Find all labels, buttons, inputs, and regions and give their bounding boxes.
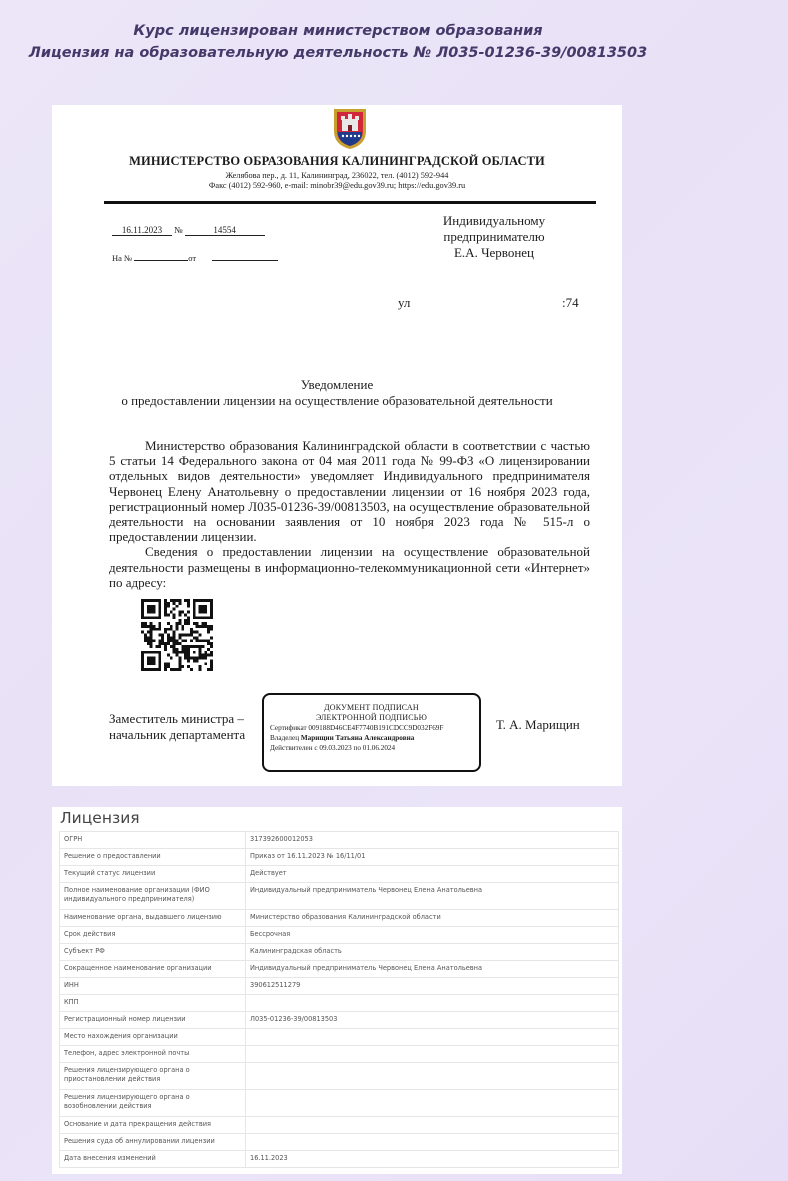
table-row: Наименование органа, выдавшего лицензиюМ… (60, 910, 619, 927)
address-fragment: :74 (562, 295, 579, 311)
table-row: Полное наименование организации (ФИО инд… (60, 883, 619, 910)
table-row: Основание и дата прекращения действия (60, 1117, 619, 1134)
license-register-card: Лицензия ОГРН317392600012053Решение о пр… (52, 807, 622, 1174)
field-value (246, 1090, 619, 1117)
table-row: Телефон, адрес электронной почты (60, 1046, 619, 1063)
signer-name: Т. А. Марищин (496, 717, 580, 733)
license-notice-document: МИНИСТЕРСТВО ОБРАЗОВАНИЯ КАЛИНИНГРАДСКОЙ… (52, 105, 622, 786)
table-row: Решения лицензирующего органа о приостан… (60, 1063, 619, 1090)
license-title: Лицензия (60, 809, 140, 827)
field-label: Срок действия (60, 927, 246, 944)
field-label: Решения суда об аннулировании лицензии (60, 1134, 246, 1151)
field-label: Телефон, адрес электронной почты (60, 1046, 246, 1063)
field-label: Решения лицензирующего органа о возобнов… (60, 1090, 246, 1117)
table-row: Дата внесения изменений16.11.2023 (60, 1151, 619, 1168)
field-value (246, 1117, 619, 1134)
field-label: Наименование органа, выдавшего лицензию (60, 910, 246, 927)
field-label: КПП (60, 995, 246, 1012)
field-label: ИНН (60, 978, 246, 995)
registration-line: 16.11.2023№14554 (112, 225, 265, 236)
field-value: Действует (246, 866, 619, 883)
table-row: Место нахождения организации (60, 1029, 619, 1046)
table-row: Регистрационный номер лицензииЛ035-01236… (60, 1012, 619, 1029)
signer-position: Заместитель министра – начальник департа… (109, 711, 245, 743)
header-divider (104, 201, 596, 204)
field-label: Регистрационный номер лицензии (60, 1012, 246, 1029)
field-label: Субъект РФ (60, 944, 246, 961)
field-label: ОГРН (60, 832, 246, 849)
field-value: Приказ от 16.11.2023 № 16/11/01 (246, 849, 619, 866)
table-row: Срок действияБессрочная (60, 927, 619, 944)
electronic-signature-stamp: ДОКУМЕНТ ПОДПИСАН ЭЛЕКТРОННОЙ ПОДПИСЬЮ С… (262, 693, 481, 772)
field-label: Сокращенное наименование организации (60, 961, 246, 978)
field-value: Л035-01236-39/00813503 (246, 1012, 619, 1029)
notice-paragraph: Министерство образования Калининградской… (109, 438, 590, 544)
table-row: Решения лицензирующего органа о возобнов… (60, 1090, 619, 1117)
table-row: Сокращенное наименование организацииИнди… (60, 961, 619, 978)
heading-line-1: Курс лицензирован министерством образова… (0, 20, 676, 42)
kaliningrad-coat-of-arms-icon (330, 105, 370, 151)
table-row: Решения суда об аннулировании лицензии (60, 1134, 619, 1151)
field-value: Калининградская область (246, 944, 619, 961)
table-row: Текущий статус лицензииДействует (60, 866, 619, 883)
field-value: Индивидуальный предприниматель Червонец … (246, 883, 619, 910)
field-label: Дата внесения изменений (60, 1151, 246, 1168)
field-label: Полное наименование организации (ФИО инд… (60, 883, 246, 910)
ministry-name: МИНИСТЕРСТВО ОБРАЗОВАНИЯ КАЛИНИНГРАДСКОЙ… (52, 154, 622, 169)
field-value: Индивидуальный предприниматель Червонец … (246, 961, 619, 978)
field-value: 390612511279 (246, 978, 619, 995)
registration-number: 14554 (185, 225, 265, 236)
heading-line-2: Лицензия на образовательную деятельность… (0, 42, 676, 64)
addressee-block: Индивидуальному предпринимателю Е.А. Чер… (432, 213, 556, 261)
registration-date: 16.11.2023 (112, 225, 172, 236)
reference-line: На № от (112, 253, 278, 263)
field-label: Текущий статус лицензии (60, 866, 246, 883)
field-value: 16.11.2023 (246, 1151, 619, 1168)
qr-code-icon[interactable] (140, 599, 214, 671)
field-label: Решения лицензирующего органа о приостан… (60, 1063, 246, 1090)
table-row: Субъект РФКалининградская область (60, 944, 619, 961)
field-label: Основание и дата прекращения действия (60, 1117, 246, 1134)
table-row: ОГРН317392600012053 (60, 832, 619, 849)
field-value: Бессрочная (246, 927, 619, 944)
notice-paragraph: Сведения о предоставлении лицензии на ос… (109, 544, 590, 590)
ministry-address: Желябова пер., д. 11, Калининград, 23602… (52, 171, 622, 191)
address-fragment: ул (398, 295, 410, 311)
owner-row: Владелец Марищин Татьяна Александровна (270, 733, 473, 743)
field-value (246, 1063, 619, 1090)
field-value (246, 1029, 619, 1046)
table-row: Решение о предоставленииПриказ от 16.11.… (60, 849, 619, 866)
field-label: Место нахождения организации (60, 1029, 246, 1046)
notice-title: Уведомление о предоставлении лицензии на… (52, 377, 622, 409)
certificate-row: Сертификат 009188D46CE4F7740B191CDCC9D03… (270, 723, 473, 733)
license-table: ОГРН317392600012053Решение о предоставле… (59, 831, 619, 1168)
table-row: КПП (60, 995, 619, 1012)
field-value: 317392600012053 (246, 832, 619, 849)
course-license-heading: Курс лицензирован министерством образова… (0, 20, 676, 64)
field-value: Министерство образования Калининградской… (246, 910, 619, 927)
field-label: Решение о предоставлении (60, 849, 246, 866)
field-value (246, 1134, 619, 1151)
table-row: ИНН390612511279 (60, 978, 619, 995)
field-value (246, 995, 619, 1012)
notice-body: Министерство образования Калининградской… (109, 438, 590, 590)
validity-row: Действителен с 09.03.2023 по 01.06.2024 (270, 743, 473, 753)
field-value (246, 1046, 619, 1063)
